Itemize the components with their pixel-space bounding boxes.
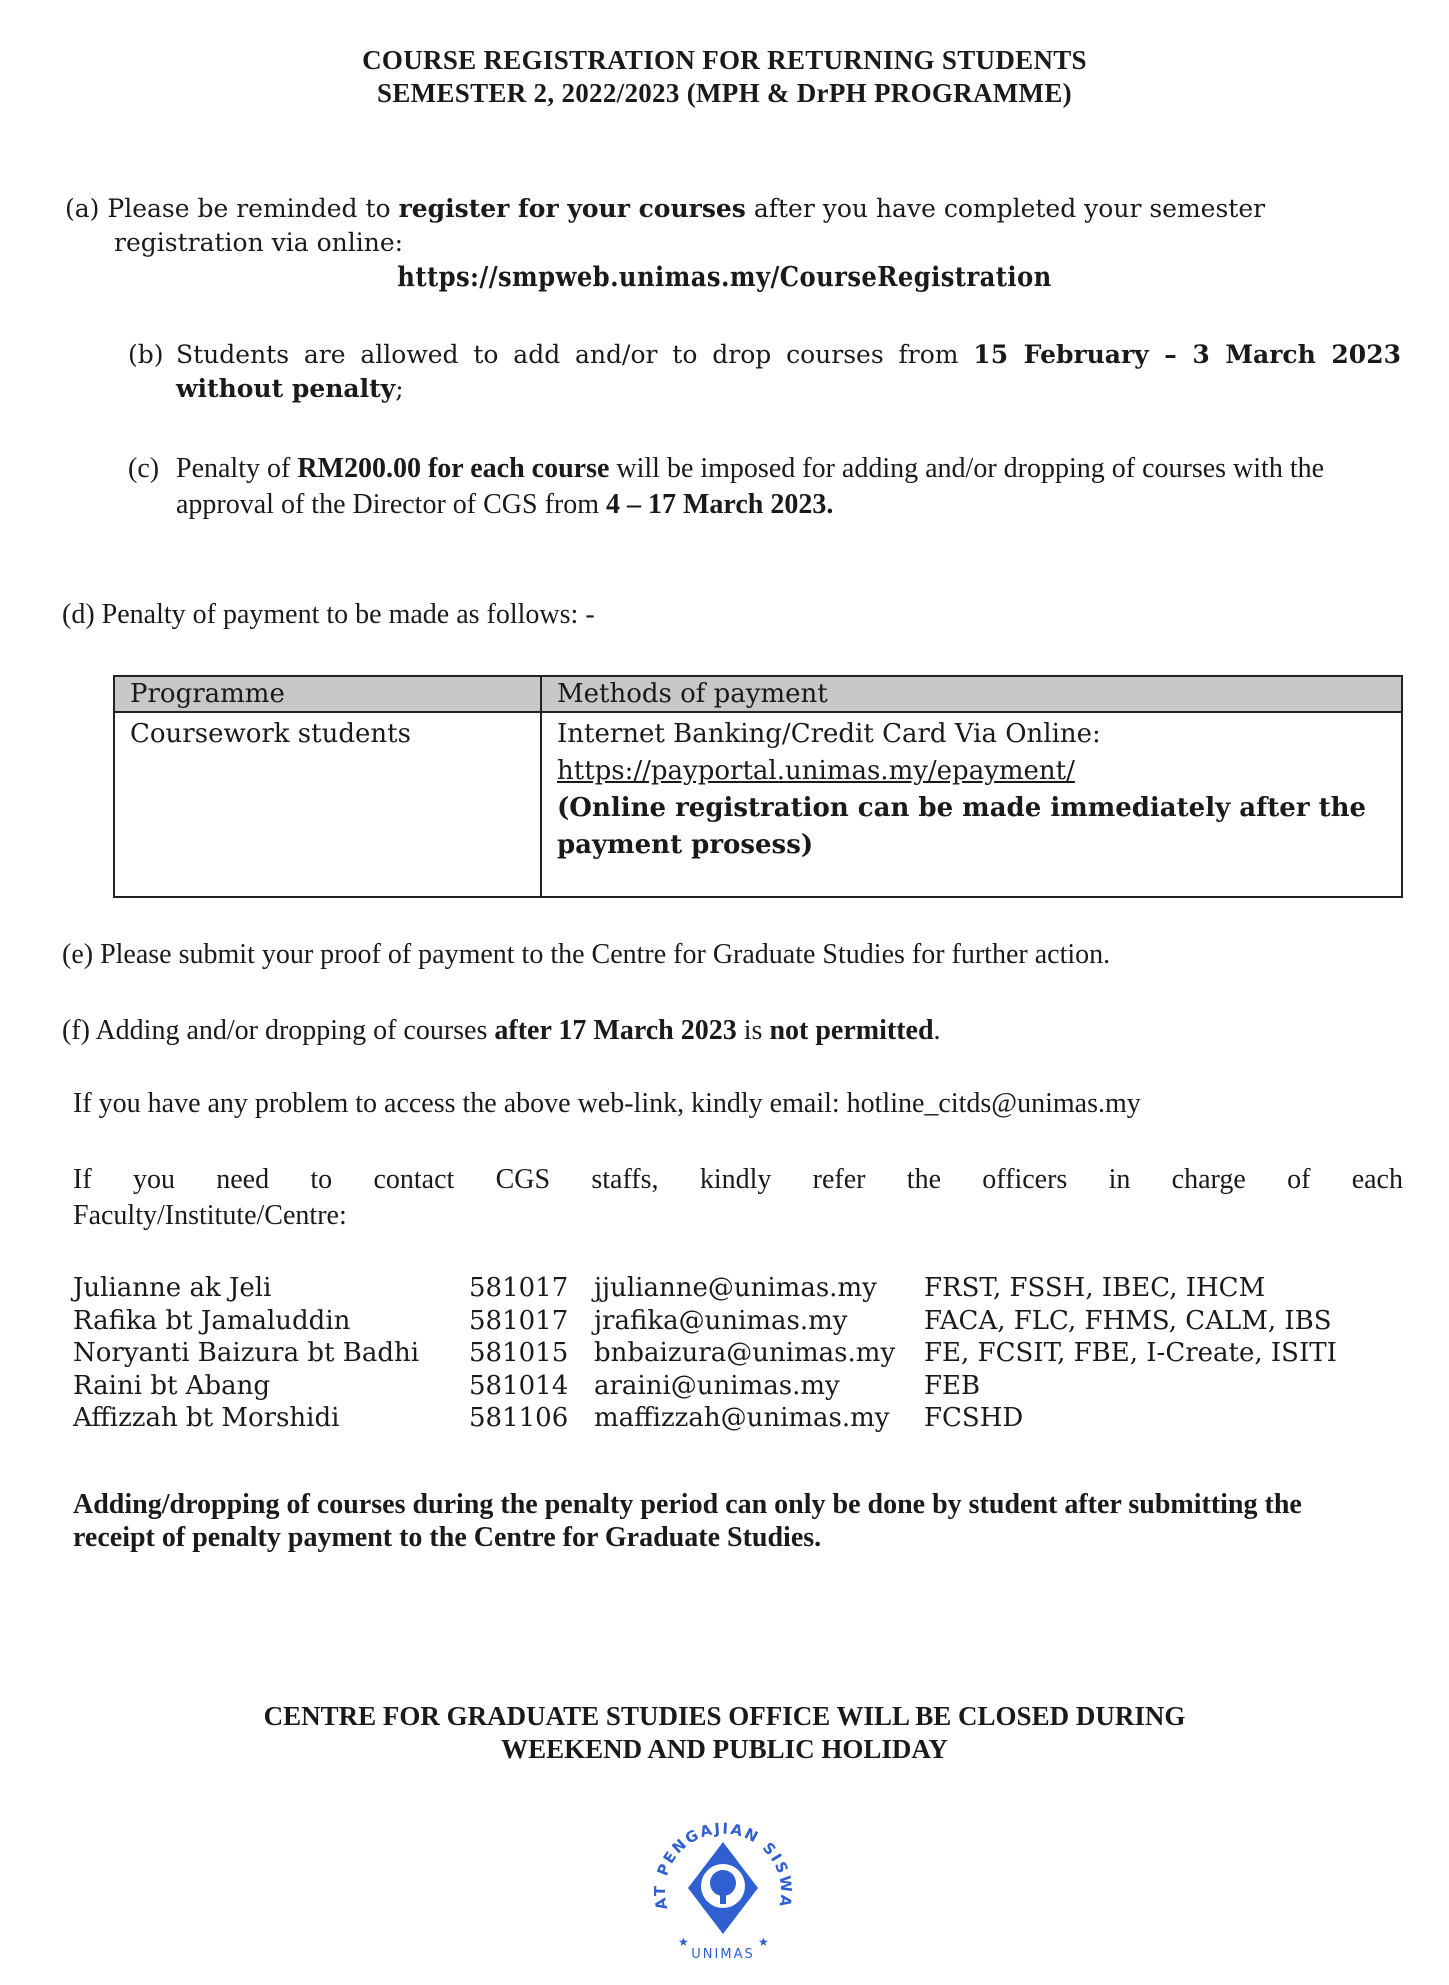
list-item: Noryanti Baizura bt Badhi 581015 bnbaizu… <box>73 1337 1337 1370</box>
contact-units: FE, FCSIT, FBE, I-Create, ISITI <box>924 1337 1337 1370</box>
contact-units: FEB <box>924 1370 980 1403</box>
course-registration-url[interactable]: https://smpweb.unimas.my/CourseRegistrat… <box>0 262 1449 293</box>
header-programme: Programme <box>114 676 541 712</box>
title-line-1: COURSE REGISTRATION FOR RETURNING STUDEN… <box>0 44 1449 77</box>
contact-units: FRST, FSSH, IBEC, IHCM <box>924 1272 1265 1305</box>
contact-email[interactable]: jrafika@unimas.my <box>594 1305 924 1338</box>
contact-intro: If you need to contact CGS staffs, kindl… <box>73 1162 1403 1234</box>
list-item: Raini bt Abang 581014 araini@unimas.my F… <box>73 1370 1337 1403</box>
item-c-label: (c) <box>128 451 159 487</box>
cell-methods: Internet Banking/Credit Card Via Online:… <box>541 712 1402 897</box>
svg-text:★: ★ <box>678 1935 689 1949</box>
hotline-text: If you have any problem to access the ab… <box>73 1086 1141 1122</box>
contact-email[interactable]: jjulianne@unimas.my <box>594 1272 924 1305</box>
contact-units: FACA, FLC, FHMS, CALM, IBS <box>924 1305 1332 1338</box>
payment-methods-table: Programme Methods of payment Coursework … <box>113 675 1403 898</box>
hotline-email[interactable]: hotline_citds@unimas.my <box>847 1088 1141 1119</box>
item-a-label: (a) <box>65 194 99 223</box>
list-item: Julianne ak Jeli 581017 jjulianne@unimas… <box>73 1272 1337 1305</box>
item-a-line2: registration via online: <box>114 226 403 260</box>
table-row: Coursework students Internet Banking/Cre… <box>114 712 1402 897</box>
item-b: Students are allowed to add and/or to dr… <box>176 338 1401 406</box>
header-methods: Methods of payment <box>541 676 1402 712</box>
contact-email[interactable]: maffizzah@unimas.my <box>594 1402 924 1435</box>
contact-name: Raini bt Abang <box>73 1370 469 1403</box>
contact-email[interactable]: araini@unimas.my <box>594 1370 924 1403</box>
contact-ext: 581014 <box>469 1370 594 1403</box>
stamp-logo-icon: PUSAT PENGAJIAN SISWAZAH UNIMAS ★ ★ <box>638 1800 808 1970</box>
contact-units: FCSHD <box>924 1402 1023 1435</box>
item-e: (e) Please submit your proof of payment … <box>62 937 1110 973</box>
svg-text:UNIMAS: UNIMAS <box>691 1947 754 1962</box>
cell-programme: Coursework students <box>114 712 541 897</box>
table-header-row: Programme Methods of payment <box>114 676 1402 712</box>
document-title: COURSE REGISTRATION FOR RETURNING STUDEN… <box>0 44 1449 110</box>
svg-text:★: ★ <box>758 1935 769 1949</box>
contact-ext: 581015 <box>469 1337 594 1370</box>
item-a: (a) Please be reminded to register for y… <box>65 192 1410 226</box>
contact-ext: 581106 <box>469 1402 594 1435</box>
contact-name: Noryanti Baizura bt Badhi <box>73 1337 469 1370</box>
payportal-link[interactable]: https://payportal.unimas.my/epayment/ <box>557 753 1386 790</box>
penalty-notice: Adding/dropping of courses during the pe… <box>73 1488 1363 1554</box>
contact-ext: 581017 <box>469 1272 594 1305</box>
contact-ext: 581017 <box>469 1305 594 1338</box>
contact-name: Julianne ak Jeli <box>73 1272 469 1305</box>
item-d: (d) Penalty of payment to be made as fol… <box>62 597 595 633</box>
contact-email[interactable]: bnbaizura@unimas.my <box>594 1337 924 1370</box>
item-f: (f) Adding and/or dropping of courses af… <box>62 1013 941 1049</box>
payment-note: (Online registration can be made immedia… <box>557 790 1386 864</box>
contact-name: Affizzah bt Morshidi <box>73 1402 469 1435</box>
list-item: Affizzah bt Morshidi 581106 maffizzah@un… <box>73 1402 1337 1435</box>
list-item: Rafika bt Jamaluddin 581017 jrafika@unim… <box>73 1305 1337 1338</box>
contact-name: Rafika bt Jamaluddin <box>73 1305 469 1338</box>
title-line-2: SEMESTER 2, 2022/2023 (MPH & DrPH PROGRA… <box>0 77 1449 110</box>
closing-notice: CENTRE FOR GRADUATE STUDIES OFFICE WILL … <box>0 1700 1449 1766</box>
contacts-list: Julianne ak Jeli 581017 jjulianne@unimas… <box>73 1272 1337 1435</box>
item-b-label: (b) <box>128 338 164 372</box>
item-c: Penalty of RM200.00 for each course will… <box>176 451 1366 523</box>
